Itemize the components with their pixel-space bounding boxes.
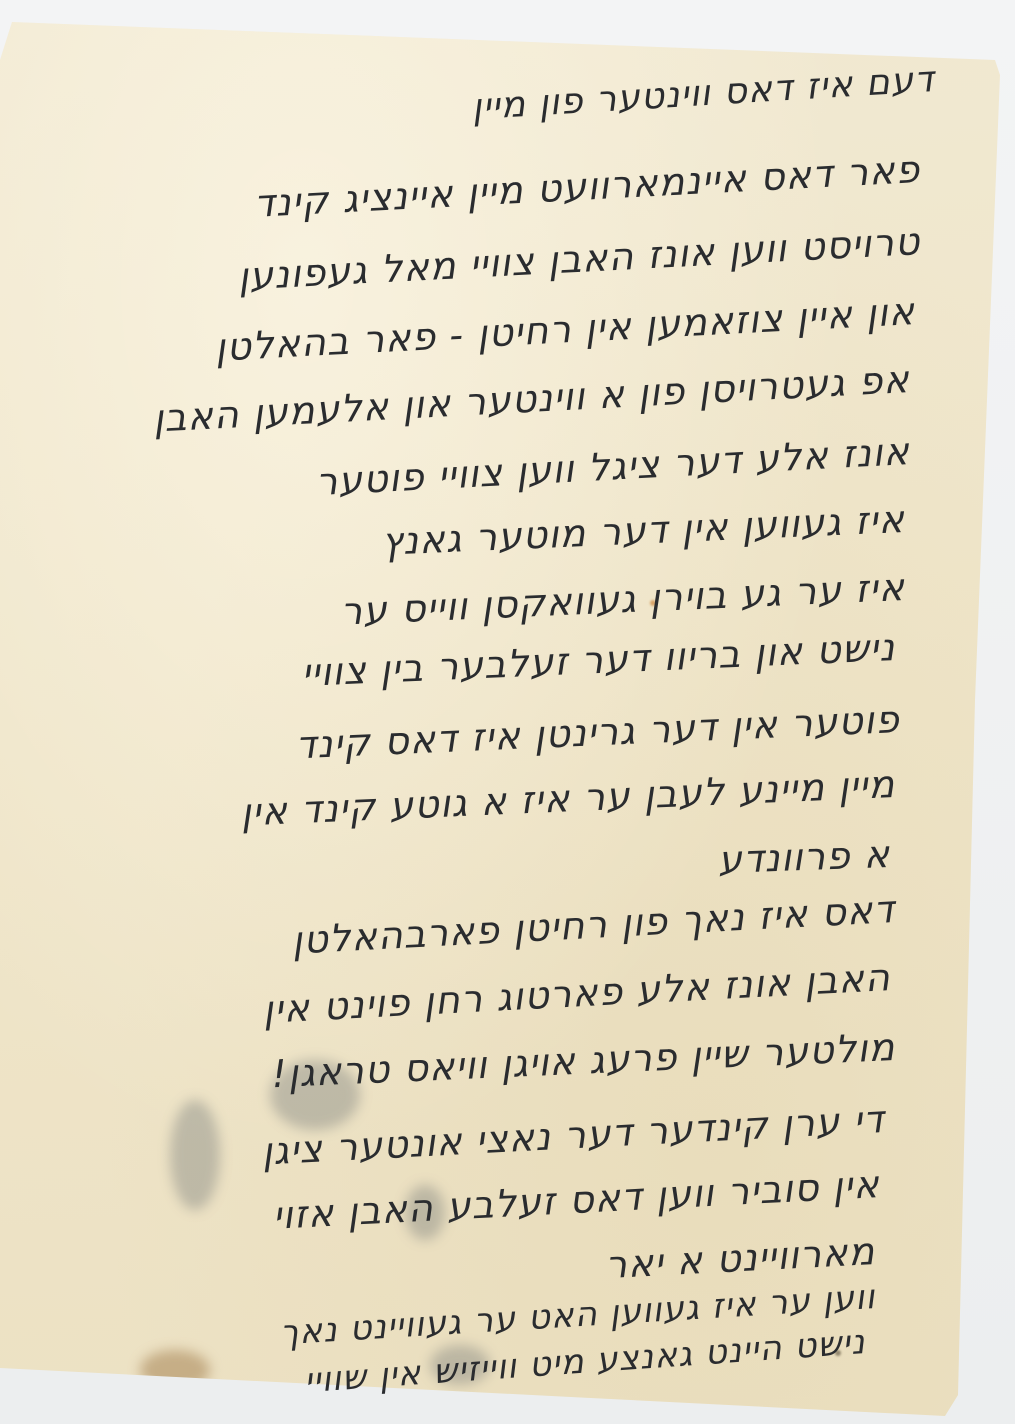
text-line: פאר דאס איינמארוועט מיין איינציג קינד [253, 150, 921, 223]
scan-background: דעם איז דאס ווינטער פון מיין פאר דאס איי… [0, 0, 1015, 1424]
text-line: א פרוונדע [717, 835, 890, 879]
text-line: האבן אונז אלע פארטוג רחן פוינט אין [261, 958, 891, 1029]
text-line: נישט און בריוו דער זעלבער בין צוויי [300, 628, 895, 692]
handwritten-text: דעם איז דאס ווינטער פון מיין פאר דאס איי… [0, 0, 1015, 1424]
text-line: און איין צוזאמען אין רחיטן - פאר בהאלטן [214, 292, 916, 367]
text-line: אין סוביר ווען דאס זעלבע האבן אזוי [272, 1165, 881, 1235]
text-line: מולטער שיין פרעג אויגן וויאס טראגן! [271, 1028, 896, 1093]
text-line: דעם איז דאס ווינטער פון מיין [471, 62, 936, 126]
text-line: פוטער אין דער גרינטן איז דאס קינד [295, 700, 901, 764]
text-line: איז געווען אין דער מוטער גאנץ [381, 500, 906, 561]
text-line: מארוויינט א יאר [604, 1232, 876, 1284]
text-line: די ערן קינדער דער נאצי אונטער ציגן [261, 1100, 886, 1171]
text-line: טרויסט ווען אונז האבן צוויי מאל געפונען [237, 222, 921, 296]
text-line: אפ געטרויסן פון א ווינטער און אלעמען האב… [152, 360, 911, 438]
text-line: איז ער גע בוירן געוואקסן ווייס ער [340, 568, 906, 631]
text-line: אונז אלע דער ציגל ווען צוויי פוטער [315, 432, 911, 501]
text-line: מיין מיינע לעבן ער איז א גוטע קינד אין [240, 765, 896, 832]
text-line: דאס איז נאך פון רחיטן פארבהאלטן [291, 890, 896, 960]
